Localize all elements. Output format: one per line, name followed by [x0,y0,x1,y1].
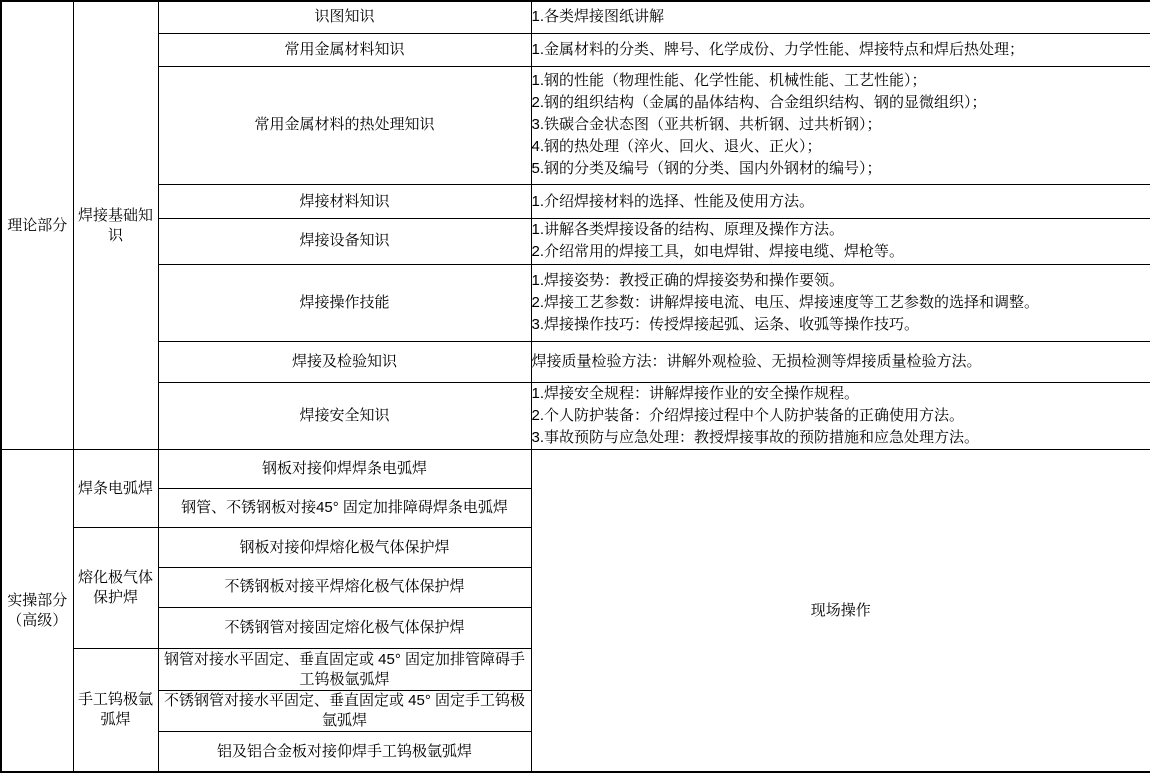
content-cell: 1.金属材料的分类、牌号、化学成份、力学性能、焊接特点和焊后热处理； [531,33,1150,66]
content-line: 4.钢的热处理（淬火、回火、退火、正火）； [532,136,1150,158]
content-line: 1.各类焊接图纸讲解 [532,6,1150,28]
topic-label: 常用金属材料的热处理知识 [254,116,434,133]
topic-cell: 焊接安全知识 [158,382,531,449]
table-row: 常用金属材料的热处理知识 1.钢的性能（物理性能、化学性能、机械性能、工艺性能）… [1,66,1150,184]
content-line: 1.介绍焊接材料的选择、性能及使用方法。 [532,191,1150,213]
content-cell: 1.讲解各类焊接设备的结构、原理及操作方法。 2.介绍常用的焊接工具，如电焊钳、… [531,219,1150,264]
topic-cell: 不锈钢板对接平焊熔化极气体保护焊 [158,567,531,607]
content-line: 2.介绍常用的焊接工具，如电焊钳、焊接电缆、焊枪等。 [532,241,1150,263]
content-line: 2.焊接工艺参数：讲解焊接电流、电压、焊接速度等工艺参数的选择和调整。 [532,292,1150,314]
content-cell: 1.介绍焊接材料的选择、性能及使用方法。 [531,185,1150,219]
content-cell: 1.焊接安全规程：讲解焊接作业的安全操作规程。 2.个人防护装备：介绍焊接过程中… [531,382,1150,449]
table-row: 焊接安全知识 1.焊接安全规程：讲解焊接作业的安全操作规程。 2.个人防护装备：… [1,382,1150,449]
topic-cell: 识图知识 [158,1,531,33]
table-row: 常用金属材料知识 1.金属材料的分类、牌号、化学成份、力学性能、焊接特点和焊后热… [1,33,1150,66]
curriculum-table: 理论部分 焊接基础知识 识图知识 1.各类焊接图纸讲解 常用金属材料知识 1.金… [0,0,1150,773]
content-cell: 1.焊接姿势：教授正确的焊接姿势和操作要领。 2.焊接工艺参数：讲解焊接电流、电… [531,264,1150,341]
topic-cell: 焊接材料知识 [158,185,531,219]
topic-cell: 常用金属材料的热处理知识 [158,66,531,184]
topic-cell: 焊接及检验知识 [158,341,531,382]
topic-cell: 焊接操作技能 [158,264,531,341]
part-cell-practical: 实操部分（高级） [1,450,73,772]
topic-label: 焊接安全知识 [299,407,389,424]
topic-cell: 不锈钢管对接固定熔化极气体保护焊 [158,607,531,648]
category-cell-smaw: 焊条电弧焊 [73,450,158,528]
category-cell-gmaw: 熔化极气体保护焊 [73,528,158,648]
part-cell-theory: 理论部分 [1,1,73,450]
topic-label: 识图知识 [314,8,374,25]
category-label: 焊接基础知识 [78,207,153,244]
topic-label: 焊接及检验知识 [292,353,397,370]
topic-label: 不锈钢管对接水平固定、垂直固定或 45° 固定手工钨极氩弧焊 [164,692,525,729]
content-line: 5.钢的分类及编号（钢的分类、国内外钢材的编号）； [532,158,1150,180]
table-row: 焊接设备知识 1.讲解各类焊接设备的结构、原理及操作方法。 2.介绍常用的焊接工… [1,219,1150,264]
topic-cell: 钢板对接仰焊焊条电弧焊 [158,450,531,489]
topic-label: 铝及铝合金板对接仰焊手工钨极氩弧焊 [217,743,472,760]
content-cell-site-operation: 现场操作 [531,450,1150,772]
content-line: 3.焊接操作技巧：传授焊接起弧、运条、收弧等操作技巧。 [532,314,1150,336]
part-label: 实操部分（高级） [7,592,67,629]
topic-label: 钢管对接水平固定、垂直固定或 45° 固定加排管障碍手工钨极氩弧焊 [164,651,525,688]
content-line: 1.焊接姿势：教授正确的焊接姿势和操作要领。 [532,270,1150,292]
content-cell: 1.各类焊接图纸讲解 [531,1,1150,33]
content-line: 1.焊接安全规程：讲解焊接作业的安全操作规程。 [532,383,1150,405]
content-line: 3.铁碳合金状态图（亚共析钢、共析钢、过共析钢）； [532,114,1150,136]
content-cell: 焊接质量检验方法：讲解外观检验、无损检测等焊接质量检验方法。 [531,341,1150,382]
topic-cell: 铝及铝合金板对接仰焊手工钨极氩弧焊 [158,732,531,772]
topic-label: 钢管、不锈钢板对接45° 固定加排障碍焊条电弧焊 [181,499,508,516]
topic-label: 钢板对接仰焊焊条电弧焊 [262,460,427,477]
topic-label: 焊接设备知识 [299,232,389,249]
topic-cell: 不锈钢管对接水平固定、垂直固定或 45° 固定手工钨极氩弧焊 [158,691,531,732]
category-label: 熔化极气体保护焊 [78,569,153,606]
category-label: 焊条电弧焊 [78,480,153,497]
category-cell-welding-basics: 焊接基础知识 [73,1,158,450]
topic-label: 不锈钢管对接固定熔化极气体保护焊 [224,619,464,636]
content-cell: 1.钢的性能（物理性能、化学性能、机械性能、工艺性能）； 2.钢的组织结构（金属… [531,66,1150,184]
table-row: 焊接操作技能 1.焊接姿势：教授正确的焊接姿势和操作要领。 2.焊接工艺参数：讲… [1,264,1150,341]
content-line: 1.金属材料的分类、牌号、化学成份、力学性能、焊接特点和焊后热处理； [532,39,1150,61]
topic-label: 常用金属材料知识 [284,41,404,58]
topic-label: 钢板对接仰焊熔化极气体保护焊 [239,539,449,556]
topic-cell: 钢管、不锈钢板对接45° 固定加排障碍焊条电弧焊 [158,489,531,528]
welding-curriculum-page: 理论部分 焊接基础知识 识图知识 1.各类焊接图纸讲解 常用金属材料知识 1.金… [0,0,1150,773]
table-row: 理论部分 焊接基础知识 识图知识 1.各类焊接图纸讲解 [1,1,1150,33]
site-operation-label: 现场操作 [811,602,871,619]
table-row: 实操部分（高级） 焊条电弧焊 钢板对接仰焊焊条电弧焊 现场操作 [1,450,1150,489]
topic-cell: 钢板对接仰焊熔化极气体保护焊 [158,528,531,567]
content-line: 2.钢的组织结构（金属的晶体结构、合金组织结构、钢的显微组织）； [532,92,1150,114]
content-line: 2.个人防护装备：介绍焊接过程中个人防护装备的正确使用方法。 [532,405,1150,427]
category-label: 手工钨极氩弧焊 [78,691,153,728]
category-cell-gtaw: 手工钨极氩弧焊 [73,648,158,772]
content-line: 焊接质量检验方法：讲解外观检验、无损检测等焊接质量检验方法。 [532,351,1150,373]
content-line: 1.钢的性能（物理性能、化学性能、机械性能、工艺性能）； [532,70,1150,92]
content-line: 1.讲解各类焊接设备的结构、原理及操作方法。 [532,219,1150,241]
table-row: 焊接及检验知识 焊接质量检验方法：讲解外观检验、无损检测等焊接质量检验方法。 [1,341,1150,382]
topic-cell: 焊接设备知识 [158,219,531,264]
table-row: 焊接材料知识 1.介绍焊接材料的选择、性能及使用方法。 [1,185,1150,219]
topic-cell: 钢管对接水平固定、垂直固定或 45° 固定加排管障碍手工钨极氩弧焊 [158,648,531,690]
topic-cell: 常用金属材料知识 [158,33,531,66]
topic-label: 焊接操作技能 [299,294,389,311]
topic-label: 焊接材料知识 [299,193,389,210]
topic-label: 不锈钢板对接平焊熔化极气体保护焊 [224,578,464,595]
content-line: 3.事故预防与应急处理：教授焊接事故的预防措施和应急处理方法。 [532,427,1150,449]
part-label: 理论部分 [7,217,67,234]
